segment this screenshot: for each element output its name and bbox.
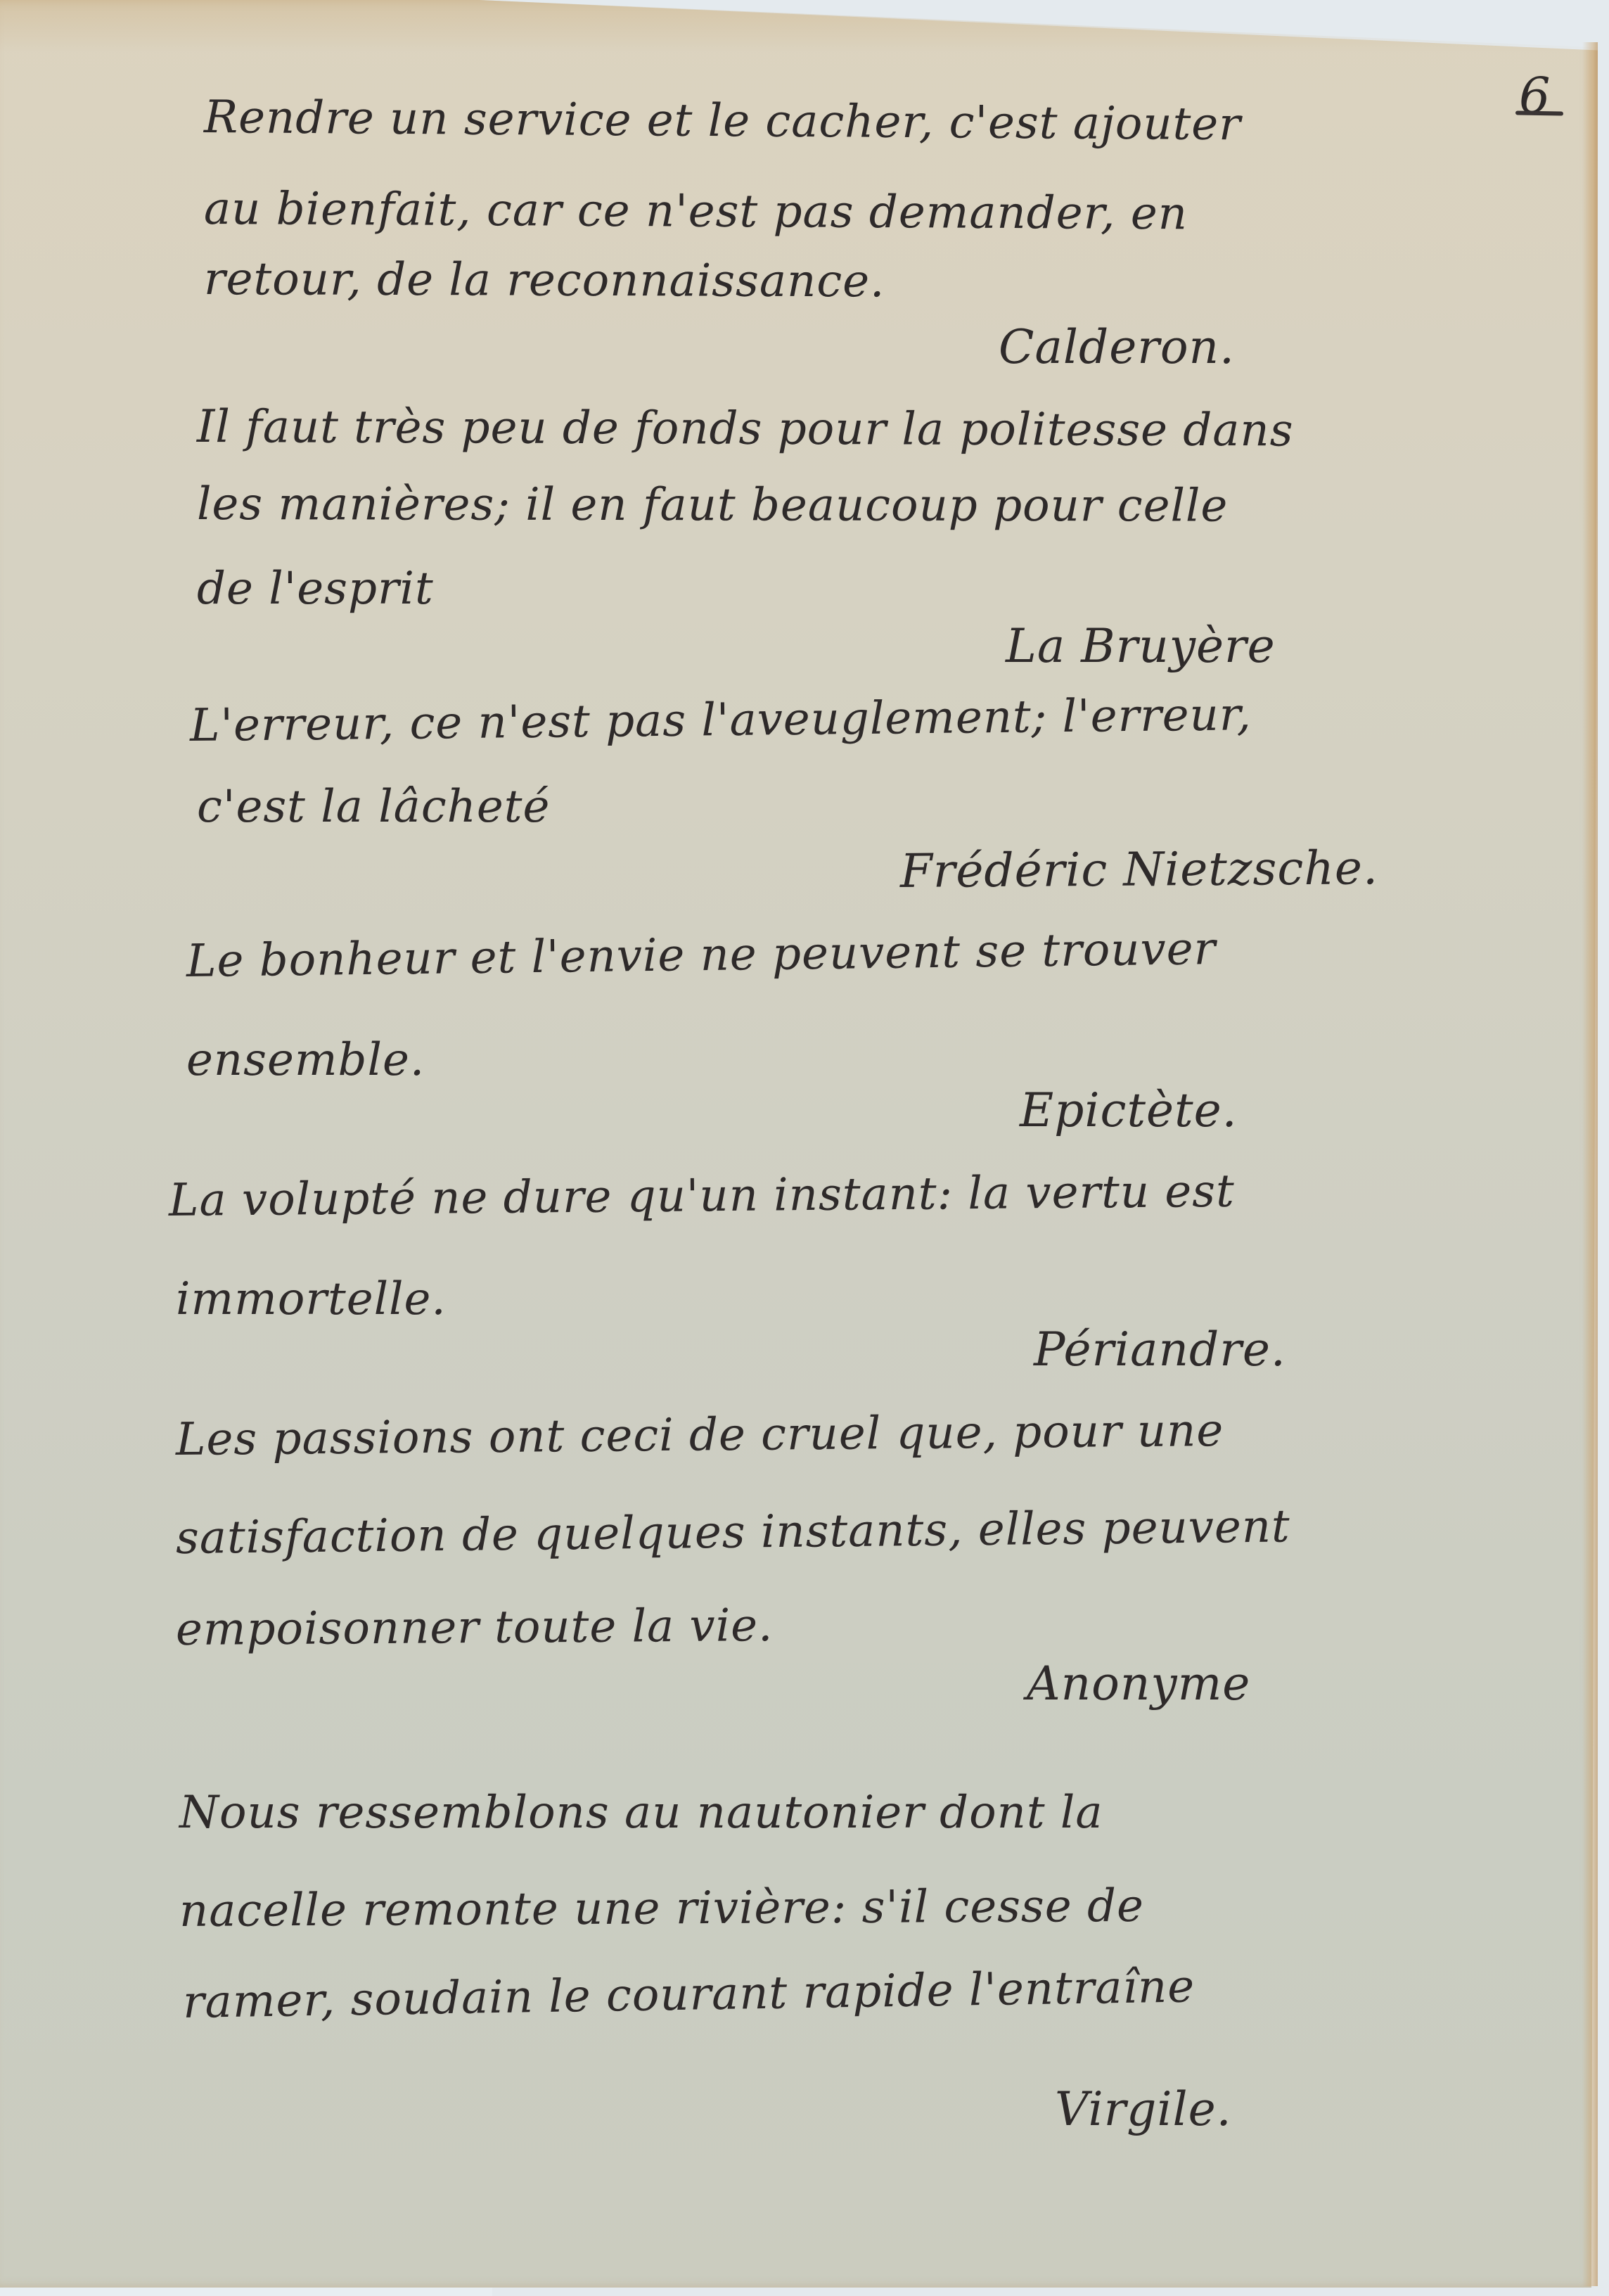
quote-author: Epictète. [1020,1083,1238,1137]
quote-author: Frédéric Nietzsche. [900,841,1378,898]
quote-author: La Bruyère [1006,619,1276,673]
manuscript-page [0,0,1598,2288]
page-number-underline [1515,110,1563,115]
quote-line: Nous ressemblons au nautonier dont la [179,1787,1103,1839]
quote-author: Périandre. [1034,1322,1286,1377]
quote-line: La volupté ne dure qu'un instant: la ver… [169,1166,1235,1227]
quote-line: Il faut très peu de fonds pour la polite… [197,401,1294,457]
quote-line: empoisonner toute la vie. [176,1600,774,1656]
quote-author: Virgile. [1055,2082,1232,2136]
quote-line: au bienfait, car ce n'est pas demander, … [204,183,1188,240]
quote-line: retour, de la reconnaissance. [204,253,885,307]
background-strip [0,2288,492,2296]
page-top-edge [0,0,1598,53]
page-right-edge [1582,42,1598,2286]
quote-line: ensemble. [186,1034,425,1086]
quote-line: Rendre un service et le cacher, c'est aj… [204,91,1241,151]
quote-line: immortelle. [176,1273,447,1325]
quote-line: de l'esprit [197,563,434,615]
quote-line: les manières; il en faut beaucoup pour c… [197,478,1228,532]
quote-line: nacelle remonte une rivière: s'il cesse … [179,1880,1144,1937]
quote-author: Calderon. [999,320,1235,374]
quote-author: Anonyme [1027,1657,1250,1711]
quote-line: c'est la lâcheté [197,781,550,833]
page-number: 6 [1519,67,1551,125]
quote-line: Les passions ont ceci de cruel que, pour… [176,1405,1224,1466]
quote-line: L'erreur, ce n'est pas l'aveuglement; l'… [190,689,1252,752]
